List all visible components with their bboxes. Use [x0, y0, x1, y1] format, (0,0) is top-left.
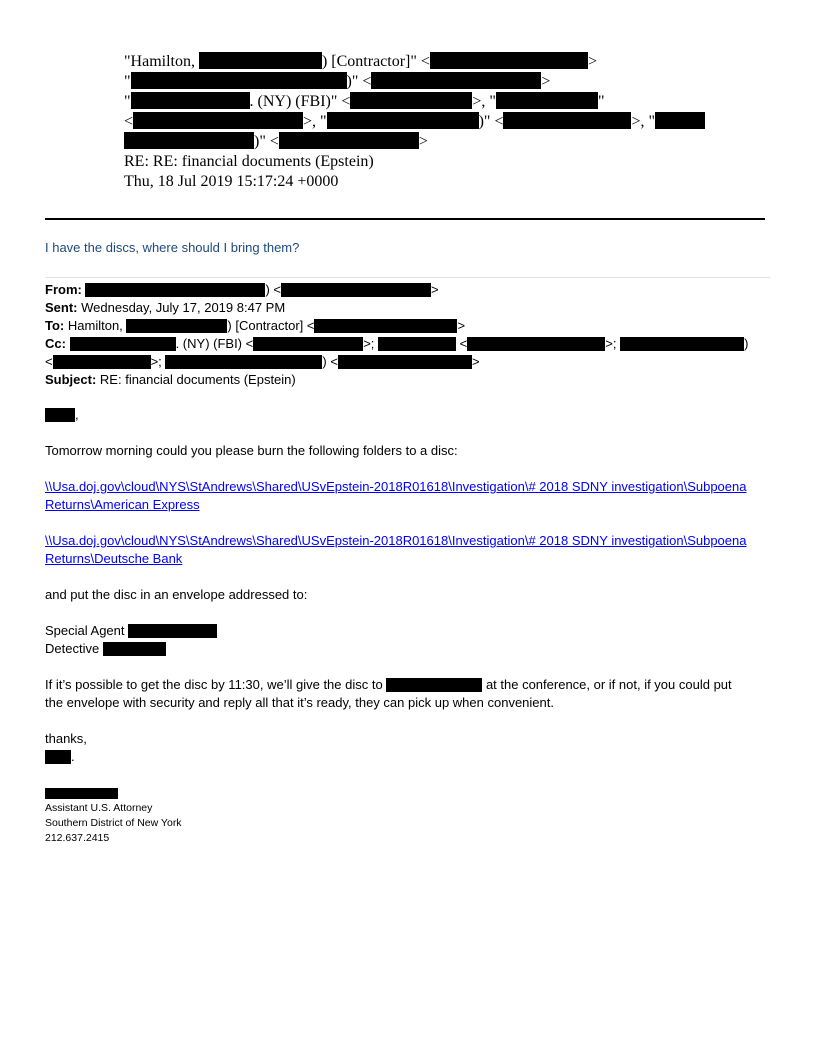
- closing: thanks, .: [45, 730, 770, 766]
- redaction-block: [103, 642, 166, 656]
- header-from-middle: ) [Contractor]" <: [322, 53, 430, 70]
- redaction-block: [131, 92, 250, 109]
- header-date-value: Thu, 18 Jul 2019 15:17:24 +0000: [124, 172, 338, 192]
- signature-block: Assistant U.S. Attorney Southern Distric…: [45, 786, 182, 846]
- link-text: \\Usa.doj.gov\cloud\NYS\StAndrews\Shared…: [45, 533, 746, 548]
- header-to-suffix: >: [541, 73, 550, 90]
- quoted-text: >: [431, 282, 439, 297]
- redaction-block: [70, 337, 176, 351]
- quoted-divider: [45, 277, 770, 278]
- quoted-text: ) [Contractor] <: [227, 318, 314, 333]
- link-text: \\Usa.doj.gov\cloud\NYS\StAndrews\Shared…: [45, 479, 746, 494]
- detective-label: Detective: [45, 641, 103, 656]
- signature-office: Southern District of New York: [45, 816, 182, 831]
- reply-text: I have the discs, where should I bring t…: [45, 240, 299, 255]
- quoted-subject-label: Subject:: [45, 372, 96, 387]
- greeting-comma: ,: [75, 407, 79, 422]
- cc-text: ": [598, 93, 605, 110]
- folder-link-2-block: \\Usa.doj.gov\cloud\NYS\StAndrews\Shared…: [45, 532, 770, 568]
- cc-text: >, ": [472, 93, 496, 110]
- thanks-text: thanks,: [45, 730, 770, 748]
- cc-text: )" <: [479, 113, 504, 130]
- quoted-text: >;: [363, 336, 378, 351]
- quoted-sent-value: Wednesday, July 17, 2019 8:47 PM: [81, 300, 285, 315]
- greeting: ,: [45, 406, 770, 424]
- redaction-block: [386, 678, 482, 692]
- header-from-suffix: >: [588, 53, 597, 70]
- link-text: Returns\American Express: [45, 497, 200, 512]
- redaction-block: [45, 408, 75, 422]
- instructions-text: If it’s possible to get the disc by 11:3…: [45, 677, 386, 692]
- redaction-block: [371, 72, 541, 89]
- folder-link-american-express[interactable]: \\Usa.doj.gov\cloud\NYS\StAndrews\Shared…: [45, 479, 746, 512]
- quoted-from-row: From: ) <>: [45, 281, 748, 299]
- redaction-block: [327, 112, 479, 129]
- sign-period: .: [71, 749, 75, 764]
- redaction-block: [503, 112, 631, 129]
- cc-text: >: [419, 133, 428, 150]
- cc-text: <: [124, 113, 133, 130]
- redaction-block: [199, 52, 322, 69]
- signature-name: [45, 786, 182, 801]
- intro-text: Tomorrow morning could you please burn t…: [45, 442, 770, 460]
- instructions-text: at the conference, or if not, if you cou…: [482, 677, 731, 692]
- redaction-block: [378, 337, 456, 351]
- redaction-block: [620, 337, 744, 351]
- envelope-text: and put the disc in an envelope addresse…: [45, 586, 770, 604]
- redaction-block: [655, 112, 705, 129]
- quoted-text: <: [456, 336, 467, 351]
- quoted-cc-row-2: <>; ) <>: [45, 353, 748, 371]
- quoted-subject-row: Subject: RE: financial documents (Epstei…: [45, 371, 748, 389]
- quoted-text: <: [45, 354, 53, 369]
- instructions-line-1: If it’s possible to get the disc by 11:3…: [45, 676, 770, 694]
- detective-line: Detective: [45, 640, 770, 658]
- redaction-block: [279, 132, 419, 149]
- redaction-block: [45, 788, 118, 799]
- quoted-header: From: ) <> Sent: Wednesday, July 17, 201…: [45, 281, 748, 389]
- quoted-sent-label: Sent:: [45, 300, 78, 315]
- special-agent-label: Special Agent: [45, 623, 128, 638]
- quoted-subject-value: RE: financial documents (Epstein): [100, 372, 296, 387]
- redaction-block: [85, 283, 265, 297]
- cc-text: >, ": [631, 113, 655, 130]
- header-subject-value: RE: RE: financial documents (Epstein): [124, 152, 374, 172]
- quoted-sent-row: Sent: Wednesday, July 17, 2019 8:47 PM: [45, 299, 748, 317]
- redaction-block: [126, 319, 227, 333]
- header-divider: [45, 218, 765, 220]
- redaction-block: [124, 132, 254, 149]
- quoted-from-label: From:: [45, 282, 82, 297]
- redaction-block: [338, 355, 472, 369]
- quoted-cc-label: Cc:: [45, 336, 66, 351]
- addressees: Special Agent Detective: [45, 622, 770, 658]
- quoted-to-label: To:: [45, 318, 64, 333]
- special-agent-line: Special Agent: [45, 622, 770, 640]
- quoted-to-row: To: Hamilton, ) [Contractor] <>: [45, 317, 748, 335]
- redaction-block: [128, 624, 217, 638]
- quoted-text: >;: [151, 354, 166, 369]
- quoted-text: ) <: [322, 354, 338, 369]
- redaction-block: [281, 283, 431, 297]
- folder-link-1-block: \\Usa.doj.gov\cloud\NYS\StAndrews\Shared…: [45, 478, 770, 514]
- sender-initial: .: [45, 748, 770, 766]
- redaction-block: [467, 337, 605, 351]
- redaction-block: [314, 319, 457, 333]
- redaction-block: [165, 355, 322, 369]
- redaction-block: [496, 92, 598, 109]
- quoted-text: Hamilton,: [68, 318, 127, 333]
- quoted-text: >: [457, 318, 465, 333]
- signature-phone: 212.637.2415: [45, 831, 182, 846]
- instructions-paragraph: If it’s possible to get the disc by 11:3…: [45, 676, 770, 712]
- quoted-text: ): [744, 336, 748, 351]
- cc-text: . (NY) (FBI)" <: [250, 93, 351, 110]
- cc-text: >, ": [303, 113, 327, 130]
- cc-text: )" <: [254, 133, 279, 150]
- redaction-block: [133, 112, 303, 129]
- redaction-block: [253, 337, 363, 351]
- signature-title: Assistant U.S. Attorney: [45, 801, 182, 816]
- instructions-line-2: the envelope with security and reply all…: [45, 694, 770, 712]
- quoted-text: ) <: [265, 282, 281, 297]
- link-text: Returns\Deutsche Bank: [45, 551, 182, 566]
- redaction-block: [131, 72, 347, 89]
- folder-link-deutsche-bank[interactable]: \\Usa.doj.gov\cloud\NYS\StAndrews\Shared…: [45, 533, 746, 566]
- redaction-block: [53, 355, 151, 369]
- header-from-prefix: "Hamilton,: [124, 53, 199, 70]
- quoted-text: >;: [605, 336, 620, 351]
- quoted-cc-row: Cc: . (NY) (FBI) <>; <>; ): [45, 335, 748, 353]
- quoted-text: . (NY) (FBI) <: [176, 336, 254, 351]
- header-to-middle: )" <: [347, 73, 372, 90]
- redaction-block: [45, 750, 71, 764]
- quoted-text: >: [472, 354, 480, 369]
- redaction-block: [430, 52, 588, 69]
- redaction-block: [350, 92, 472, 109]
